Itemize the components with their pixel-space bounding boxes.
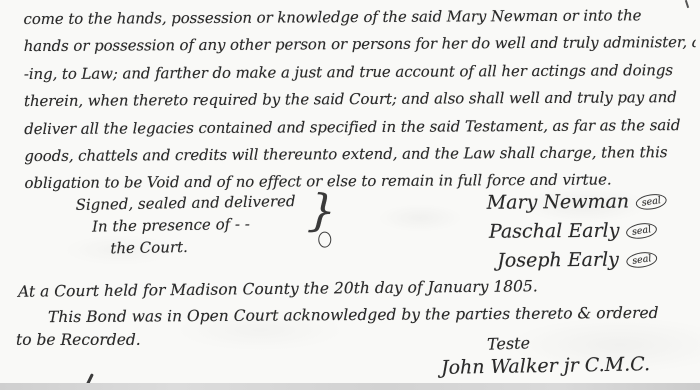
attestation-line: the Court.: [76, 234, 296, 260]
loop-flourish-icon: [318, 231, 331, 247]
signature-block: Mary Newmanseal Paschal Earlyseal Joseph…: [487, 187, 668, 276]
signature-mary-newman: Mary Newmanseal: [487, 187, 668, 218]
court-record-line: to be Recorded.: [16, 331, 141, 349]
body-text-line: -ing, to Law; and farther do make a just…: [24, 57, 696, 88]
signature-joseph-early: Joseph Earlyseal: [487, 245, 668, 276]
seal-icon: seal: [625, 221, 658, 240]
court-record-line: This Bond was in Open Court acknowledged…: [48, 304, 659, 326]
seal-icon: seal: [635, 192, 668, 211]
signature-name: Joseph Early: [497, 249, 619, 272]
body-text-line: therein, when thereto required by the sa…: [24, 84, 696, 115]
teste-label: Teste: [487, 333, 531, 353]
body-text-line: hands or possession of any other person …: [24, 29, 696, 60]
attestation-block: Signed, sealed and delivered In the pres…: [75, 190, 296, 260]
signature-paschal-early: Paschal Earlyseal: [487, 216, 668, 247]
clerk-signature: John Walker jr C.M.C.: [441, 353, 650, 379]
court-record-line: At a Court held for Madison County the 2…: [18, 277, 538, 300]
brace-flourish-icon: }: [306, 185, 337, 237]
seal-icon: seal: [625, 250, 658, 269]
attestation-line: Signed, sealed and delivered: [75, 190, 295, 216]
signature-name: Mary Newman: [487, 191, 630, 214]
scan-edge-strip: [0, 383, 700, 390]
body-text-line: goods, chattels and credits will thereun…: [24, 139, 696, 170]
body-text-line: come to the hands, possession or knowled…: [23, 2, 695, 33]
body-text-line: deliver all the legacies contained and s…: [24, 112, 696, 143]
scanned-document-page: come to the hands, possession or knowled…: [0, 0, 700, 390]
document-body: come to the hands, possession or knowled…: [23, 2, 696, 198]
signature-name: Paschal Early: [489, 220, 620, 243]
